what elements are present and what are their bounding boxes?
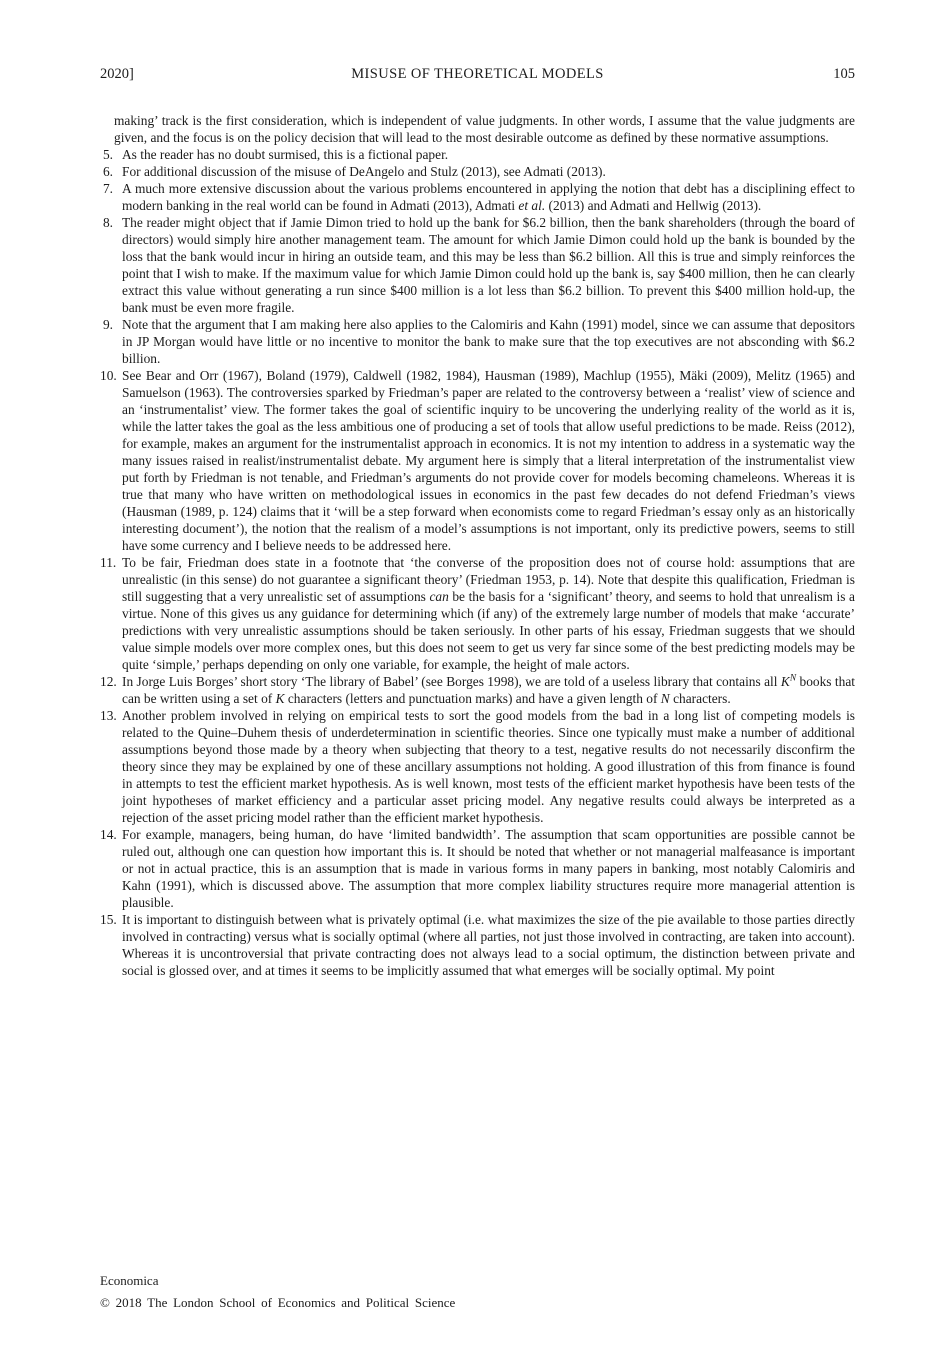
footnote-item: 14.For example, managers, being human, d…	[100, 826, 855, 911]
footnote-number: 6.	[100, 163, 113, 180]
footnote-number: 12.	[100, 673, 113, 690]
footnote-text: To be fair, Friedman does state in a foo…	[122, 555, 855, 672]
footnote-number: 8.	[100, 214, 113, 231]
footnote-item: 7.A much more extensive discussion about…	[100, 180, 855, 214]
footnote-text: Another problem involved in relying on e…	[122, 708, 855, 825]
footnote-item: 13.Another problem involved in relying o…	[100, 707, 855, 826]
header-year: 2020]	[100, 66, 134, 83]
footnote-number: 5.	[100, 146, 113, 163]
footnote-item: 8.The reader might object that if Jamie …	[100, 214, 855, 316]
page-header: 2020] MISUSE OF THEORETICAL MODELS 105	[100, 66, 855, 86]
footnote-number: 15.	[100, 911, 113, 928]
footnote-text: As the reader has no doubt surmised, thi…	[122, 147, 448, 162]
journal-name: Economica	[100, 1270, 455, 1292]
footnote-number: 9.	[100, 316, 113, 333]
footnote-item: 6.For additional discussion of the misus…	[100, 163, 855, 180]
footnote-number: 11.	[100, 554, 113, 571]
footnote-text: A much more extensive discussion about t…	[122, 181, 855, 213]
footnotes-list: 5.As the reader has no doubt surmised, t…	[100, 146, 855, 979]
page-content: making’ track is the first consideration…	[100, 112, 855, 979]
footnote-item: 10.See Bear and Orr (1967), Boland (1979…	[100, 367, 855, 554]
footnote-text: Note that the argument that I am making …	[122, 317, 855, 366]
footnote-text: The reader might object that if Jamie Di…	[122, 215, 855, 315]
footnote-item: 11.To be fair, Friedman does state in a …	[100, 554, 855, 673]
footnote-text: See Bear and Orr (1967), Boland (1979), …	[122, 368, 855, 553]
page-number: 105	[833, 66, 855, 83]
footnote-text: For example, managers, being human, do h…	[122, 827, 855, 910]
footnote-text: For additional discussion of the misuse …	[122, 164, 606, 179]
footnote-number: 10.	[100, 367, 113, 384]
footnote-item: 5.As the reader has no doubt surmised, t…	[100, 146, 855, 163]
footnote-number: 13.	[100, 707, 113, 724]
continuation-paragraph: making’ track is the first consideration…	[114, 112, 855, 146]
page-footer: Economica © 2018 The London School of Ec…	[100, 1270, 455, 1314]
footnote-number: 14.	[100, 826, 113, 843]
footnote-text: It is important to distinguish between w…	[122, 912, 855, 978]
footnote-item: 9.Note that the argument that I am makin…	[100, 316, 855, 367]
footnote-item: 15.It is important to distinguish betwee…	[100, 911, 855, 979]
footnote-number: 7.	[100, 180, 113, 197]
running-title: MISUSE OF THEORETICAL MODELS	[100, 66, 855, 83]
copyright-line: © 2018 The London School of Economics an…	[100, 1292, 455, 1314]
journal-page: 2020] MISUSE OF THEORETICAL MODELS 105 m…	[0, 0, 950, 1366]
footnote-text: In Jorge Luis Borges’ short story ‘The l…	[122, 674, 855, 706]
footnote-item: 12.In Jorge Luis Borges’ short story ‘Th…	[100, 673, 855, 707]
